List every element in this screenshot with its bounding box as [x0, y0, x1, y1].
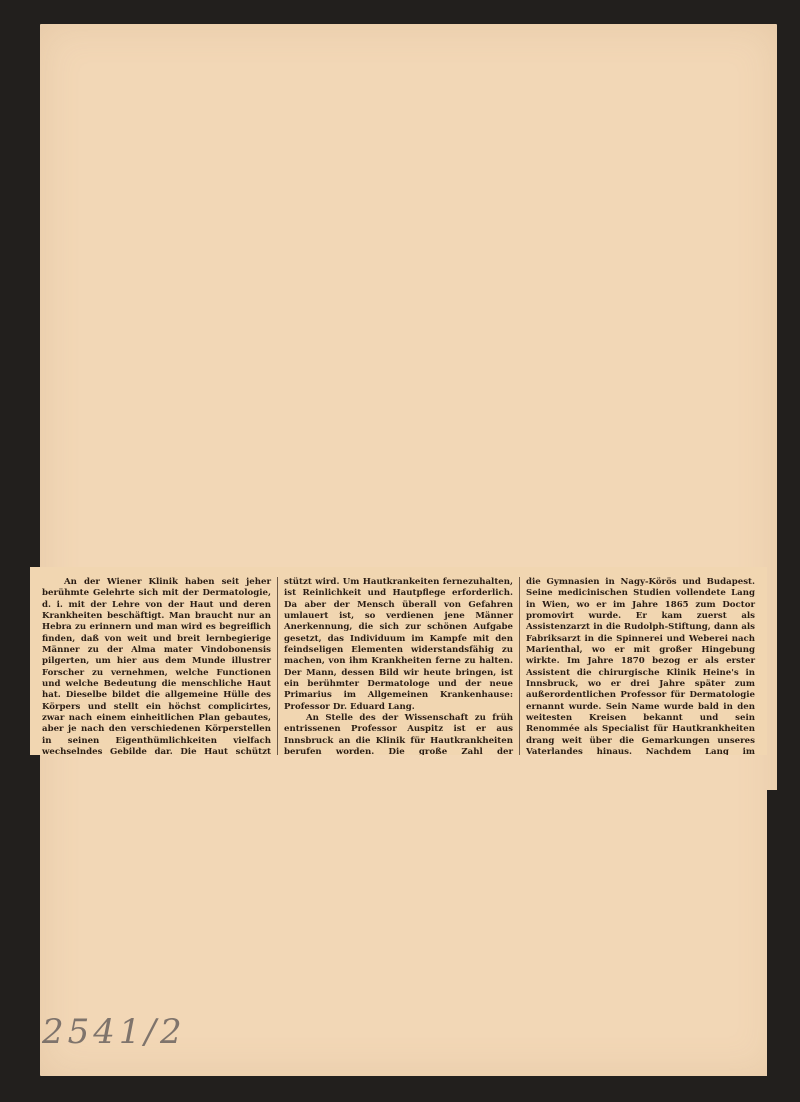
column-2-paragraph-1: stützt wird. Um Hautkrankeiten fernezuha… [284, 577, 513, 713]
handwritten-catalog-number: 2541/2 [42, 1012, 186, 1052]
column-1-paragraph-1: An der Wiener Klinik haben seit jeher be… [42, 577, 271, 755]
column-2-paragraph-2: An Stelle des der Wissenschaft zu früh e… [284, 713, 513, 755]
newspaper-clipping: An der Wiener Klinik haben seit jeher be… [30, 567, 767, 755]
paper-edge-notch [767, 790, 779, 1080]
column-3-paragraph-1: die Gymnasien in Nagy-Körös und Budapest… [526, 577, 755, 755]
clipping-column-2: stützt wird. Um Hautkrankeiten fernezuha… [277, 577, 519, 755]
archive-paper-sheet [40, 24, 777, 1076]
clipping-column-1: An der Wiener Klinik haben seit jeher be… [36, 577, 277, 755]
clipping-column-3: die Gymnasien in Nagy-Körös und Budapest… [519, 577, 761, 755]
